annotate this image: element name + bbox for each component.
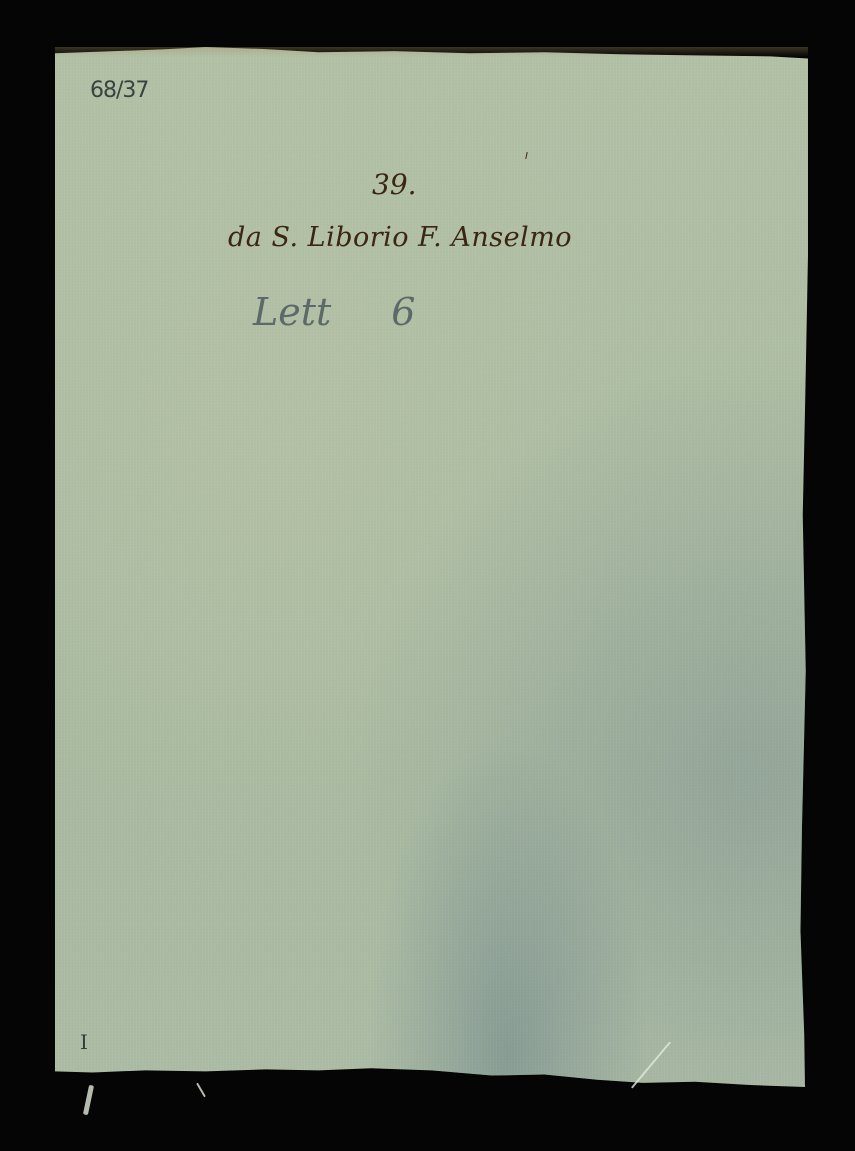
- paper-sheet: [55, 47, 808, 1087]
- loose-paper-fiber: [83, 1085, 94, 1115]
- heading-line: da S. Liborio F. Anselmo: [228, 222, 572, 253]
- loose-paper-fiber: [196, 1083, 206, 1098]
- pencil-note: Lett6: [253, 290, 415, 334]
- folio-number: 39.: [372, 168, 417, 201]
- pencil-note-left: Lett: [253, 290, 331, 334]
- pencil-note-right: 6: [391, 290, 415, 334]
- roman-numeral-mark: I: [80, 1030, 88, 1054]
- shelfmark: 68/37: [90, 78, 148, 103]
- top-edge-stain: [55, 47, 808, 57]
- scan-background: 68/37 39. da S. Liborio F. Anselmo Lett6…: [0, 0, 855, 1151]
